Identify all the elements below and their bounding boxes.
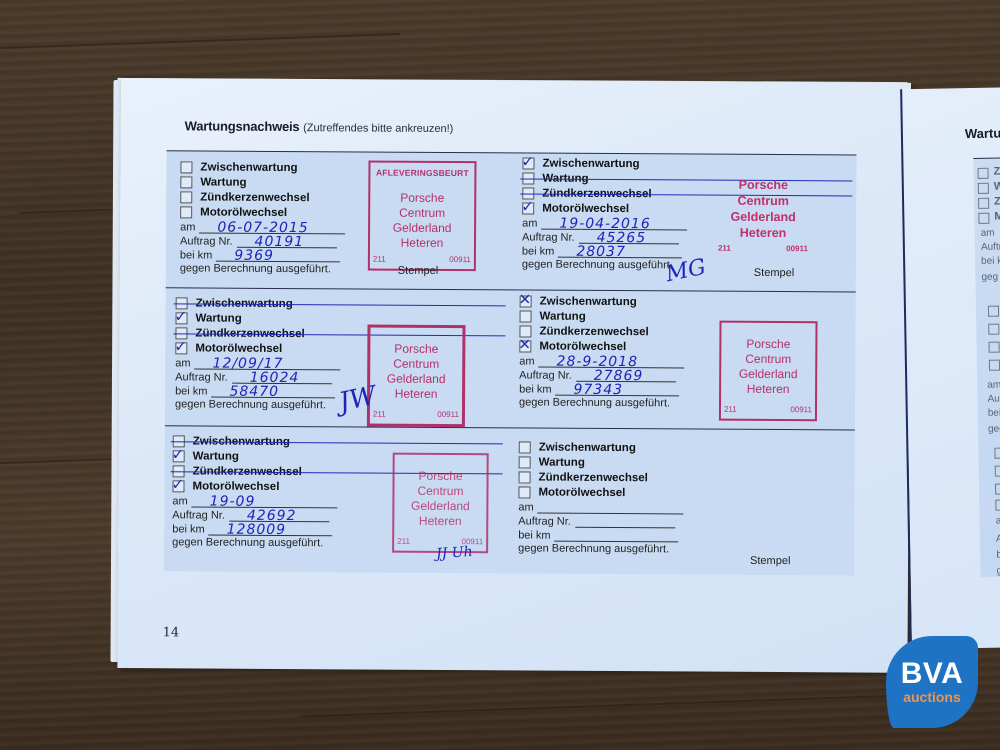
checkbox-label: Wartung (200, 176, 246, 188)
check-mark-icon: ✓ (171, 475, 184, 493)
stamp-code-left: 211 (373, 252, 386, 267)
service-entry: Zwischenwartung Wartung Zündkerzenwechse… (518, 439, 849, 571)
mileage-field[interactable]: 97343 (555, 383, 679, 397)
checkbox[interactable] (180, 161, 192, 173)
mileage-value: 9369 (234, 248, 274, 264)
checkbox[interactable] (180, 191, 192, 203)
date-field[interactable]: 19-04-2016 (541, 217, 687, 231)
checkbox[interactable] (518, 486, 530, 498)
stamp-code-left: 211 (397, 534, 410, 549)
mileage-value: 58470 (229, 384, 279, 400)
order-number-label: Auftrag Nr. (175, 371, 228, 383)
booklet-left-page: Wartungsnachweis (Zutreffendes bitte ank… (117, 78, 911, 673)
mileage-label: bei km (172, 523, 204, 535)
order-number-field[interactable]: 40191 (237, 235, 337, 249)
wood-grain (0, 458, 120, 464)
checkbox[interactable]: ✓ (522, 157, 534, 169)
checkbox[interactable]: ✕ (520, 295, 532, 307)
checkbox[interactable]: ✓ (173, 450, 185, 462)
checkbox-label: Zwischenwartung (540, 295, 637, 308)
bva-auctions-watermark: BVA auctions (886, 636, 978, 728)
executed-note: gegen Berechnung ausgeführt. (518, 542, 848, 556)
title-text: Wartungsnachweis (185, 118, 300, 134)
wood-grain (0, 33, 400, 49)
checkbox[interactable] (180, 206, 192, 218)
check-mark-icon: ✓ (172, 445, 185, 463)
checkbox-label: Motorölwechsel (192, 480, 279, 493)
checkbox-label: Wartung (540, 310, 586, 322)
dealer-stamp: PorscheCentrumGelderlandHeteren21100911 (392, 453, 489, 554)
right-form-area (973, 157, 1000, 577)
order-number-field[interactable]: 27869 (576, 369, 676, 383)
stamp-header: AFLEVERINGSBEURT (370, 166, 474, 182)
mileage-label: bei km (518, 529, 550, 541)
booklet-right-page: Wartu ZWZMamAuftrbei kgegamAufbeigeganAu… (900, 87, 1000, 649)
order-number-field[interactable]: 42692 (229, 509, 329, 523)
stamp-codes: 21100911 (718, 241, 808, 258)
mileage-field[interactable]: 128009 (209, 523, 333, 537)
checkbox[interactable]: ✓ (172, 480, 184, 492)
dealer-stamp: AFLEVERINGSBEURTPorscheCentrumGelderland… (368, 161, 477, 272)
checkbox-label: Motorölwechsel (539, 340, 626, 353)
stamp-code-right: 00911 (449, 252, 471, 267)
check-mark-icon: ✓ (521, 152, 534, 170)
stamp-caption: Stempel (750, 555, 790, 567)
stamp-text: PorscheCentrumGelderlandHeteren (718, 177, 808, 242)
mileage-label: bei km (175, 385, 207, 397)
mileage-field[interactable]: 58470 (211, 385, 335, 399)
stamp-caption: Stempel (398, 265, 438, 277)
check-mark-icon: ✓ (174, 337, 187, 355)
dealer-stamp: PorscheCentrumGelderlandHeteren21100911 (719, 321, 818, 422)
checkbox[interactable] (519, 471, 531, 483)
checkbox-label: Zündkerzenwechsel (200, 191, 309, 204)
stamp-text: PorscheCentrumGelderlandHeteren (370, 191, 474, 252)
checkbox-label: Zwischenwartung (539, 441, 636, 454)
mileage-value: 128009 (227, 522, 287, 538)
order-number-field[interactable]: 45265 (579, 231, 679, 245)
checkbox[interactable]: ✓ (522, 202, 534, 214)
checkbox[interactable] (519, 456, 531, 468)
check-mark-icon: ✓ (521, 197, 534, 215)
stamp-code-right: 00911 (790, 402, 812, 417)
mileage-label: bei km (519, 383, 551, 395)
order-number-field[interactable]: 16024 (232, 371, 332, 385)
maintenance-form: Zwischenwartung Wartung Zündkerzenwechse… (164, 150, 857, 575)
order-number-label: Auftrag Nr. (519, 369, 572, 381)
stamp-text: PorscheCentrumGelderlandHeteren (394, 469, 486, 530)
mileage-label: bei km (180, 249, 212, 261)
checkbox[interactable]: ✓ (175, 312, 187, 324)
stamp-text: PorscheCentrumGelderlandHeteren (721, 337, 815, 398)
stamp-text: PorscheCentrumGelderlandHeteren (370, 342, 462, 403)
date-label: am (175, 357, 190, 369)
bva-logo-text: BVA (901, 659, 964, 689)
checkbox[interactable] (519, 441, 531, 453)
bva-logo-subtext: auctions (903, 689, 961, 705)
date-label: am (180, 221, 195, 233)
mileage-field[interactable] (555, 529, 679, 543)
mileage-field[interactable]: 9369 (216, 249, 340, 263)
date-field[interactable] (538, 501, 684, 515)
signature: JJ Uh (436, 544, 473, 562)
date-field[interactable]: 12/09/17 (195, 356, 341, 370)
date-field[interactable]: 06-07-2015 (199, 220, 345, 234)
checkbox-label: Zwischenwartung (200, 161, 297, 174)
checkbox-label: Zwischenwartung (542, 157, 639, 170)
checkbox[interactable] (520, 310, 532, 322)
checkbox-label: Wartung (539, 456, 585, 468)
checkbox-label: Wartung (193, 450, 239, 462)
date-field[interactable]: 28-9-2018 (539, 355, 685, 369)
stamp-caption: Stempel (754, 267, 794, 279)
order-number-label: Auftrag Nr. (180, 235, 233, 247)
check-mark-icon: ✓ (174, 307, 187, 325)
order-number-label: Auftrag Nr. (522, 231, 575, 243)
date-label: am (518, 501, 533, 513)
mileage-row: bei km (518, 527, 848, 543)
page-number: 14 (163, 625, 180, 640)
mileage-value: 97343 (573, 382, 623, 398)
checkbox[interactable]: ✕ (519, 340, 531, 352)
page-title: Wartungsnachweis (Zutreffendes bitte ank… (185, 118, 454, 135)
right-page-form: ZWZMamAuftrbei kgegamAufbeigeganAubag (902, 87, 1000, 89)
checkbox-label: Motorölwechsel (538, 486, 625, 499)
title-hint: (Zutreffendes bitte ankreuzen!) (303, 122, 453, 135)
checkbox-label: Zündkerzenwechsel (539, 325, 648, 338)
checkbox[interactable] (180, 176, 192, 188)
date-field[interactable]: 19-09 (192, 494, 338, 508)
stamp-code-right: 00911 (437, 407, 459, 422)
date-label: am (172, 495, 187, 507)
cross-mark-icon: ✕ (518, 335, 531, 353)
checkbox[interactable]: ✓ (175, 342, 187, 354)
order-number-label: Auftrag Nr. (518, 515, 571, 527)
checkbox-label: Wartung (195, 312, 241, 324)
mileage-label: bei km (522, 245, 554, 257)
wood-grain (300, 695, 900, 718)
checkbox-label: Motorölwechsel (542, 202, 629, 215)
order-number-label: Auftrag Nr. (172, 509, 225, 521)
cross-mark-icon: ✕ (519, 290, 532, 308)
date-label: am (522, 217, 537, 229)
dealer-stamp: PorscheCentrumGelderlandHeteren21100911 (718, 177, 808, 258)
right-page-title: Wartu (965, 126, 1000, 142)
date-label: am (519, 355, 534, 367)
order-number-field[interactable] (575, 515, 675, 529)
checkbox-label: Motorölwechsel (200, 206, 287, 219)
checkbox-label: Zündkerzenwechsel (539, 471, 648, 484)
checkbox-label: Motorölwechsel (195, 342, 282, 355)
mileage-value: 28037 (576, 244, 626, 260)
mileage-field[interactable]: 28037 (558, 245, 682, 259)
divider (165, 425, 855, 430)
dealer-stamp: PorscheCentrumGelderlandHeteren21100911 (367, 325, 466, 428)
stamp-code-left: 211 (724, 402, 737, 417)
